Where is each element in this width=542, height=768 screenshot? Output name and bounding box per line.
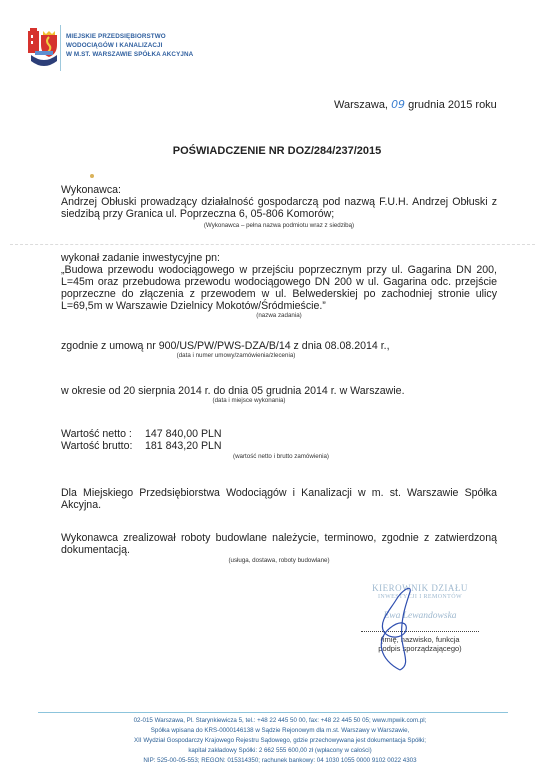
scan-artifact-line [10, 244, 535, 245]
company-name-line: W M.ST. WARSZAWIE SPÓŁKA AKCYJNA [66, 50, 193, 59]
values-block: Wartość netto : 147 840,00 PLN Wartość b… [61, 428, 222, 452]
date-suffix: grudnia 2015 roku [408, 99, 497, 111]
footer-divider [38, 712, 508, 713]
contract-note: (data i numer umowy/zamówienia/zlecenia) [61, 352, 411, 359]
document-date: Warszawa, 09 grudnia 2015 roku [334, 98, 497, 111]
contractor-text: Andrzej Obłuski prowadzący działalność g… [61, 196, 497, 220]
company-name: MIEJSKIE PRZEDSIĘBIORSTWO WODOCIĄGÓW I K… [66, 32, 193, 59]
logo-divider [60, 25, 61, 71]
handwritten-signature [360, 580, 440, 675]
recipient-text: Dla Miejskiego Przedsiębiorstwa Wodociąg… [61, 487, 497, 511]
task-intro: wykonał zadanie inwestycyjne pn: [61, 252, 220, 264]
task-text: „Budowa przewodu wodociągowego w przejśc… [61, 264, 497, 312]
contractor-label: Wykonawca: [61, 184, 121, 196]
footer-line: Spółka wpisana do KRS-0000146138 w Sądzi… [60, 726, 500, 736]
footer-line: kapitał zakładowy Spółki: 2 662 555 600,… [60, 746, 500, 756]
period-note: (data i miejsce wykonania) [61, 397, 437, 404]
footer-line: NIP: 525-00-05-553; REGON: 015314350; ra… [60, 756, 500, 766]
stain-mark [90, 174, 94, 178]
company-name-line: WODOCIĄGÓW I KANALIZACJI [66, 41, 193, 50]
city-coat-of-arms-logo [27, 27, 61, 69]
net-value: 147 840,00 PLN [145, 428, 222, 440]
values-note: (wartość netto i brutto zamówienia) [61, 453, 501, 460]
task-note: (nazwa zadania) [61, 312, 497, 319]
date-prefix: Warszawa, [334, 99, 388, 111]
period-text: w okresie od 20 sierpnia 2014 r. do dnia… [61, 385, 405, 397]
contract-text: zgodnie z umową nr 900/US/PW/PWS-DZA/B/1… [61, 340, 390, 352]
footer-line: XII Wydział Gospodarczy Krajowego Rejest… [60, 736, 500, 746]
footer-line: 02-015 Warszawa, Pl. Starynkiewicza 5, t… [60, 716, 500, 726]
assessment-note: (usługa, dostawa, roboty budowlane) [61, 557, 497, 564]
document-title: POŚWIADCZENIE NR DOZ/284/237/2015 [0, 145, 542, 157]
company-name-line: MIEJSKIE PRZEDSIĘBIORSTWO [66, 32, 193, 41]
net-value-label: Wartość netto : [61, 428, 145, 440]
gross-value-label: Wartość brutto: [61, 440, 145, 452]
date-day: 09 [391, 98, 405, 111]
assessment-text: Wykonawca zrealizował roboty budowlane n… [61, 532, 497, 556]
gross-value: 181 843,20 PLN [145, 440, 222, 452]
contractor-note: (Wykonawca – pełna nazwa podmiotu wraz z… [61, 222, 497, 229]
